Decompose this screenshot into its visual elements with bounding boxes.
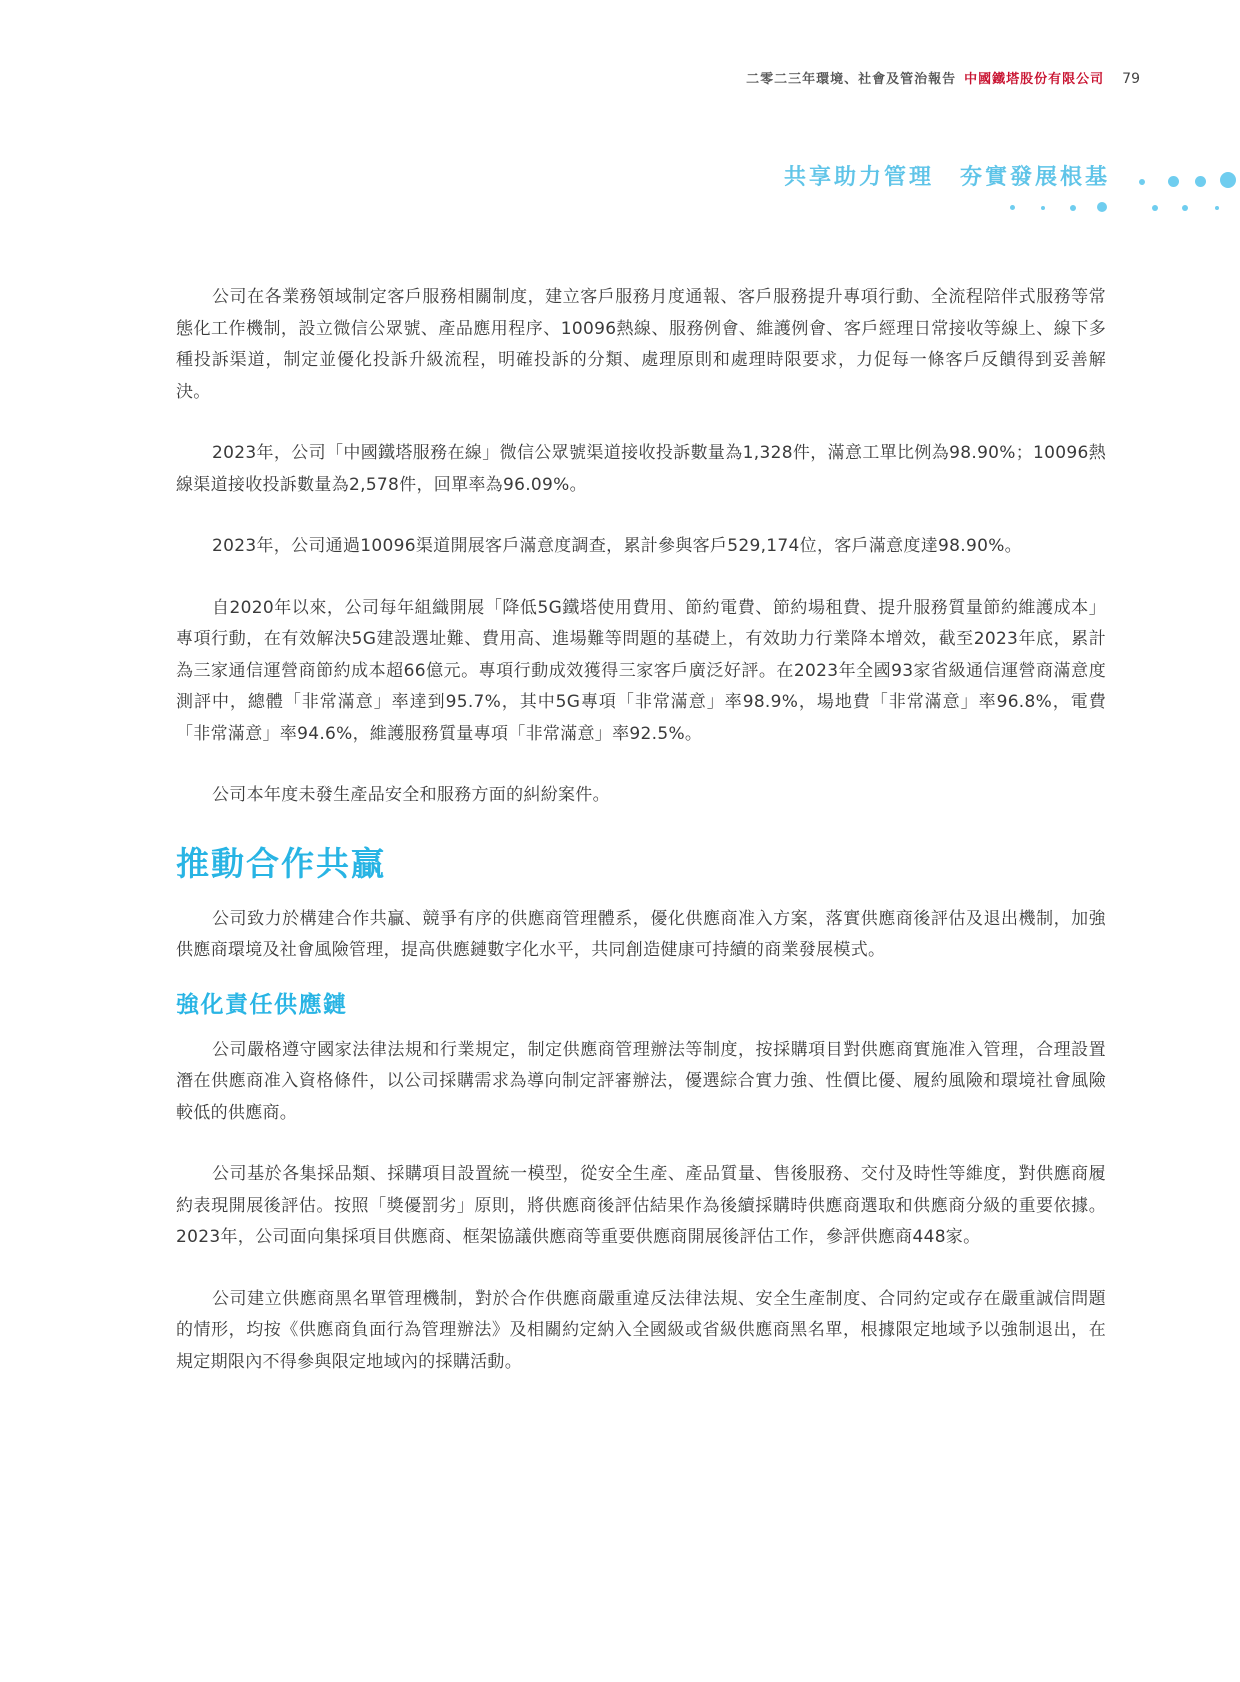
dot-icon xyxy=(1152,205,1158,211)
page-number: 79 xyxy=(1122,71,1140,87)
dot-icon xyxy=(1041,206,1045,210)
running-header: 二零二三年環境、社會及管治報告中國鐵塔股份有限公司79 xyxy=(746,68,1140,87)
chapter-title-part1: 共享助力管理 xyxy=(784,165,934,190)
subsection-title: 強化責任供應鏈 xyxy=(176,989,1106,1021)
paragraph-no-disputes: 公司本年度未發生產品安全和服務方面的糾紛案件。 xyxy=(176,780,1106,812)
dot-icon xyxy=(1182,205,1188,211)
section-intro: 公司致力於構建合作共贏、競爭有序的供應商管理體系，優化供應商准入方案，落實供應商… xyxy=(176,904,1106,967)
section-title: 推動合作共贏 xyxy=(176,842,1106,886)
paragraph-supplier-admission: 公司嚴格遵守國家法律法規和行業規定，制定供應商管理辦法等制度，按採購項目對供應商… xyxy=(176,1035,1106,1130)
chapter-title-part2: 夯實發展根基 xyxy=(960,165,1110,190)
paragraph-complaints-2023: 2023年，公司「中國鐵塔服務在線」微信公眾號渠道接收投訴數量為1,328件，滿… xyxy=(176,438,1106,501)
dot-icon xyxy=(1195,176,1206,187)
paragraph-service-channels: 公司在各業務領域制定客戶服務相關制度，建立客戶服務月度通報、客戶服務提升專項行動… xyxy=(176,282,1106,408)
dot-icon xyxy=(1070,205,1076,211)
paragraph-cost-saving-action: 自2020年以來，公司每年組織開展「降低5G鐵塔使用費用、節約電費、節約場租費、… xyxy=(176,593,1106,751)
paragraph-satisfaction-survey: 2023年，公司通過10096渠道開展客戶滿意度調查，累計參與客戶529,174… xyxy=(176,531,1106,563)
paragraph-supplier-evaluation: 公司基於各集採品類、採購項目設置統一模型，從安全生產、產品質量、售後服務、交付及… xyxy=(176,1159,1106,1254)
report-title: 二零二三年環境、社會及管治報告 xyxy=(746,72,956,87)
main-content: 公司在各業務領域制定客戶服務相關制度，建立客戶服務月度通報、客戶服務提升專項行動… xyxy=(176,282,1106,1378)
dot-icon xyxy=(1220,172,1236,188)
company-name: 中國鐵塔股份有限公司 xyxy=(964,72,1104,87)
chapter-title: 共享助力管理夯實發展根基 xyxy=(784,160,1110,191)
paragraph-supplier-blacklist: 公司建立供應商黑名單管理機制，對於合作供應商嚴重違反法律法規、安全生產制度、合同… xyxy=(176,1284,1106,1379)
dot-icon xyxy=(1139,179,1145,185)
dot-icon xyxy=(1215,206,1219,210)
dot-icon xyxy=(1168,176,1179,187)
dot-icon xyxy=(1010,205,1015,210)
dot-icon xyxy=(1097,202,1107,212)
